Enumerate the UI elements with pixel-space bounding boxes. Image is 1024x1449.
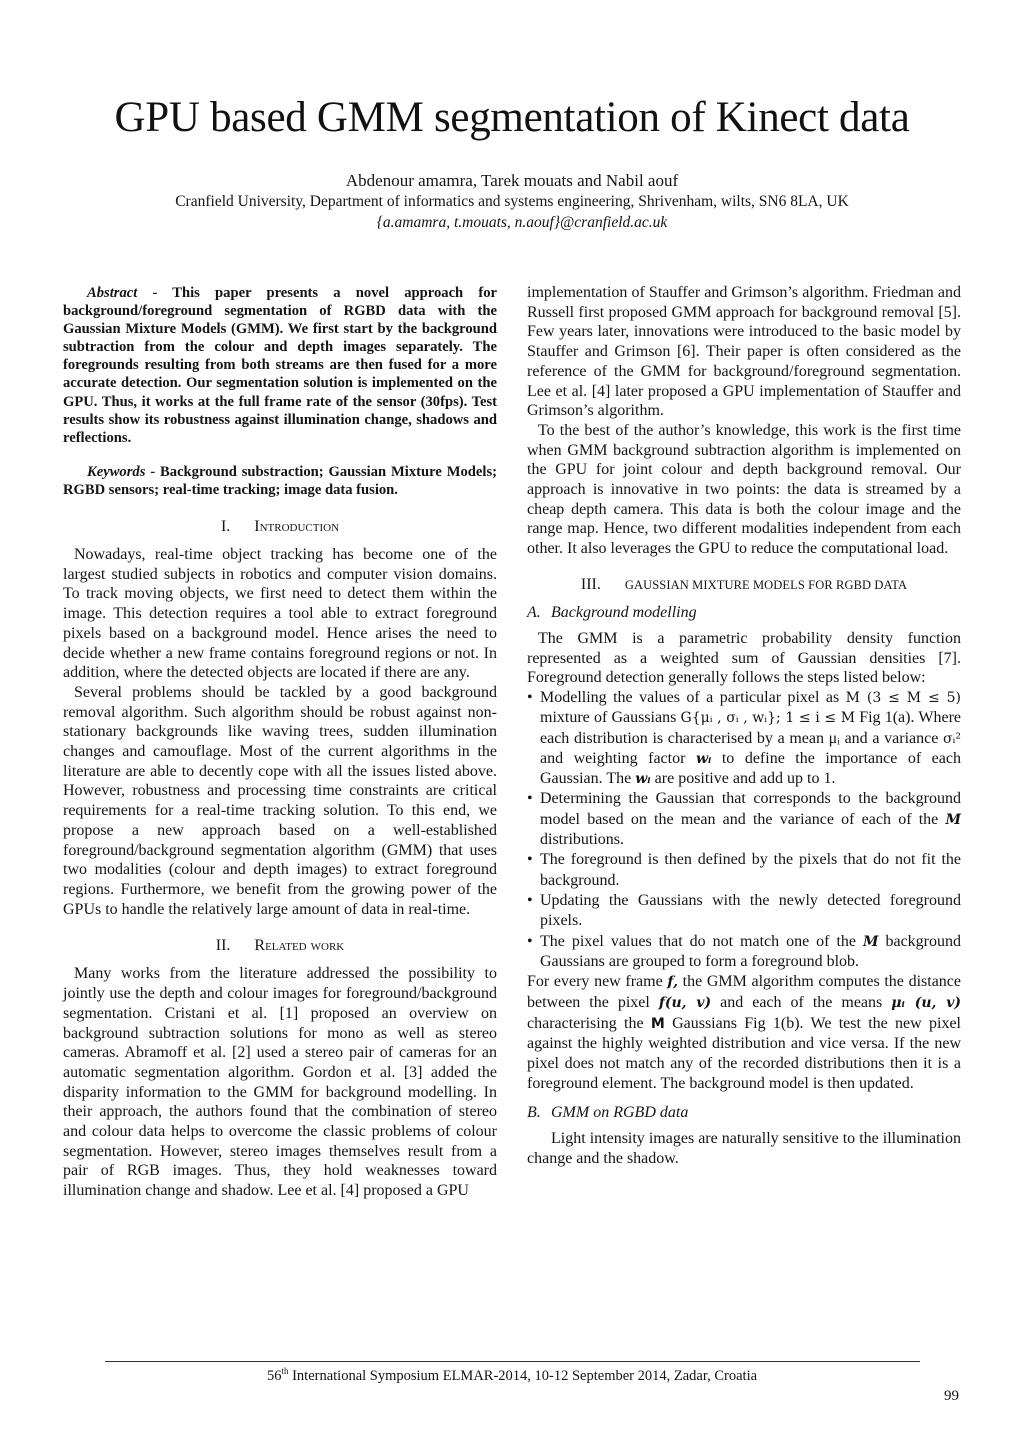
keywords-paragraph: Keywords - Background substraction; Gaus… [63, 463, 497, 499]
footer-text: International Symposium ELMAR-2014, 10-1… [288, 1368, 757, 1384]
gmm-intro-paragraph: The GMM is a parametric probability dens… [527, 629, 961, 688]
math-expression: G{μᵢ , σᵢ , wᵢ}; 1 ≤ i ≤ M [681, 710, 856, 726]
left-column: Abstract - This paper presents a novel a… [63, 283, 497, 1201]
conference-footer: 56th International Symposium ELMAR-2014,… [0, 1366, 1024, 1386]
text: Updating the Gaussians with the newly de… [540, 892, 961, 929]
math-expression: M [863, 934, 879, 950]
text: Determining the Gaussian that correspond… [540, 790, 961, 827]
section-title: Introduction [254, 518, 339, 535]
subsection-label: A. [527, 603, 551, 623]
authors: Abdenour amamra, Tarek mouats and Nabil … [0, 170, 1024, 192]
text: For every new frame [527, 973, 667, 990]
gmm-after-paragraph: For every new frame f, the GMM algorithm… [527, 972, 961, 1093]
list-item: •Updating the Gaussians with the newly d… [527, 891, 961, 932]
bullet-icon: • [527, 932, 533, 952]
section-number: III. [581, 575, 601, 595]
math-expression: wᵢ [696, 751, 711, 767]
abstract-block: Abstract - This paper presents a novel a… [63, 284, 497, 499]
text: characterising the [527, 1015, 651, 1032]
page-number: 99 [944, 1388, 959, 1405]
gmm-steps-list: •Modelling the values of a particular pi… [527, 688, 961, 972]
subsection-heading-gmm-rgbd: B.GMM on RGBD data [527, 1103, 961, 1123]
bullet-icon: • [527, 688, 533, 708]
abstract-label: Abstract [87, 285, 137, 301]
list-item: •Modelling the values of a particular pi… [527, 688, 961, 789]
text: are positive and add up to 1. [651, 770, 836, 787]
math-expression: wᵢ [635, 771, 650, 787]
subsection-title: Background modelling [551, 604, 697, 621]
bullet-icon: • [527, 789, 533, 809]
intro-paragraph-1: Nowadays, real-time object tracking has … [63, 545, 497, 683]
section-title: GAUSSIAN MIXTURE MODELS FOR RGBD DATA [625, 578, 907, 592]
section-heading-gmm: III.GAUSSIAN MIXTURE MODELS FOR RGBD DAT… [527, 575, 961, 595]
text: The foreground is then defined by the pi… [540, 851, 961, 888]
text: and weighting factor [540, 750, 696, 767]
affiliation: Cranfield University, Department of info… [0, 192, 1024, 212]
section-heading-related-work: II.Related work [63, 936, 497, 956]
keywords-label: Keywords [87, 464, 145, 480]
math-expression: μᵢ (u, v) [891, 995, 961, 1011]
related-paragraph-2: To the best of the author’s knowledge, t… [527, 421, 961, 559]
text: mixture of Gaussians [540, 709, 681, 726]
text: Modelling the values of a particular pix… [540, 689, 846, 706]
related-paragraph-1-continued: implementation of Stauffer and Grimson’s… [527, 283, 961, 421]
section-number: I. [221, 517, 230, 537]
section-title: Related work [254, 937, 344, 954]
math-expression: f, [667, 974, 678, 990]
footer-divider [105, 1361, 920, 1362]
math-expression: M (3 ≤ M ≤ 5) [846, 690, 961, 706]
subsection-title: GMM on RGBD data [551, 1104, 688, 1121]
math-expression: M [946, 812, 962, 828]
abstract-text: - This paper presents a novel approach f… [63, 285, 497, 446]
related-paragraph-1: Many works from the literature addressed… [63, 964, 497, 1200]
paper-title: GPU based GMM segmentation of Kinect dat… [0, 92, 1024, 144]
gmm-rgbd-paragraph: Light intensity images are naturally sen… [527, 1129, 961, 1168]
section-number: II. [216, 936, 231, 956]
text: The pixel values that do not match one o… [540, 933, 863, 950]
intro-paragraph-2: Several problems should be tackled by a … [63, 683, 497, 919]
list-item: •Determining the Gaussian that correspon… [527, 789, 961, 850]
footer-ordinal: 56 [267, 1368, 282, 1384]
section-heading-introduction: I.Introduction [63, 517, 497, 537]
right-column: implementation of Stauffer and Grimson’s… [527, 283, 961, 1169]
bullet-icon: • [527, 891, 533, 911]
math-expression: f(u, v) [659, 995, 711, 1011]
author-emails: {a.amamra, t.mouats, n.aouf}@cranfield.a… [0, 213, 1024, 233]
text: distributions. [540, 831, 624, 848]
list-item: •The foreground is then defined by the p… [527, 850, 961, 891]
list-item: •The pixel values that do not match one … [527, 932, 961, 973]
abstract-paragraph: Abstract - This paper presents a novel a… [63, 284, 497, 447]
subsection-heading-background-modelling: A.Background modelling [527, 603, 961, 623]
subsection-label: B. [527, 1103, 551, 1123]
math-expression: σᵢ² [943, 731, 961, 747]
text: and each of the means [711, 994, 891, 1011]
bullet-icon: • [527, 850, 533, 870]
math-expression: M [651, 1016, 665, 1032]
